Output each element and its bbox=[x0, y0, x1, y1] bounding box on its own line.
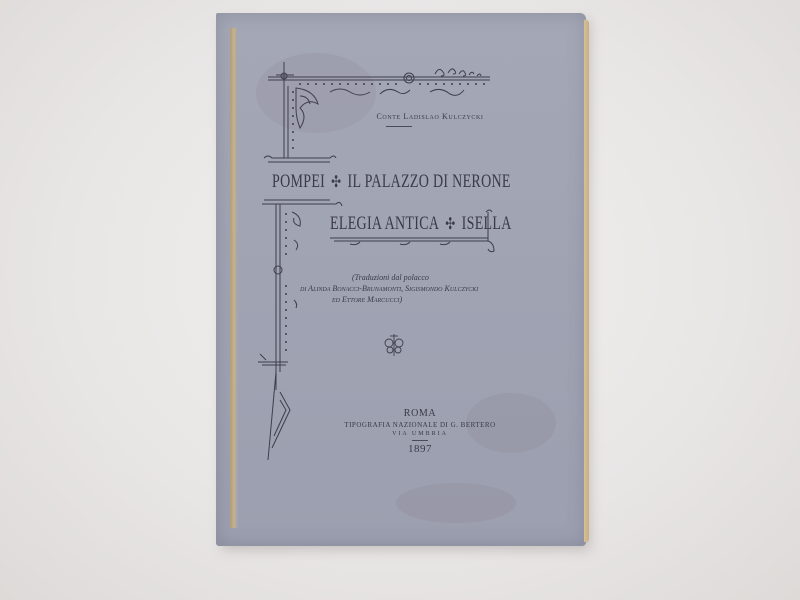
imprint: ROMA TIPOGRAFIA NAZIONALE DI G. BERTERO … bbox=[340, 408, 500, 455]
imprint-year: 1897 bbox=[340, 443, 500, 455]
title-pompei: POMPEI bbox=[272, 172, 325, 192]
fleuron-ornament-icon bbox=[385, 334, 403, 356]
author-rule bbox=[386, 126, 412, 127]
separator-icon: ✣ bbox=[325, 172, 347, 191]
title-elegia: ELEGIA ANTICA bbox=[330, 214, 439, 234]
title-line-2: ELEGIA ANTICA✣ISELLA bbox=[330, 214, 512, 236]
translation-note: (Traduzioni dal polacco di Alinda Bonacc… bbox=[300, 272, 550, 305]
title-isella: ISELLA bbox=[462, 214, 512, 234]
title-palazzo: IL PALAZZO DI NERONE bbox=[348, 172, 511, 192]
translation-line-2: di Alinda Bonacci-Brunamonti, Sigismondo… bbox=[300, 283, 550, 294]
title-line-1: POMPEI✣IL PALAZZO DI NERONE bbox=[272, 172, 511, 194]
translation-line-3: ed Ettore Marcucci) bbox=[300, 294, 550, 305]
author-name: Conte Ladislao Kulczycki bbox=[330, 112, 530, 121]
imprint-city: ROMA bbox=[340, 408, 500, 419]
imprint-street: VIA UMBRIA bbox=[340, 431, 500, 437]
translation-line-1: (Traduzioni dal polacco bbox=[300, 272, 550, 283]
imprint-printer: TIPOGRAFIA NAZIONALE DI G. BERTERO bbox=[320, 421, 520, 429]
imprint-rule bbox=[412, 440, 428, 441]
separator-icon: ✣ bbox=[439, 214, 461, 233]
